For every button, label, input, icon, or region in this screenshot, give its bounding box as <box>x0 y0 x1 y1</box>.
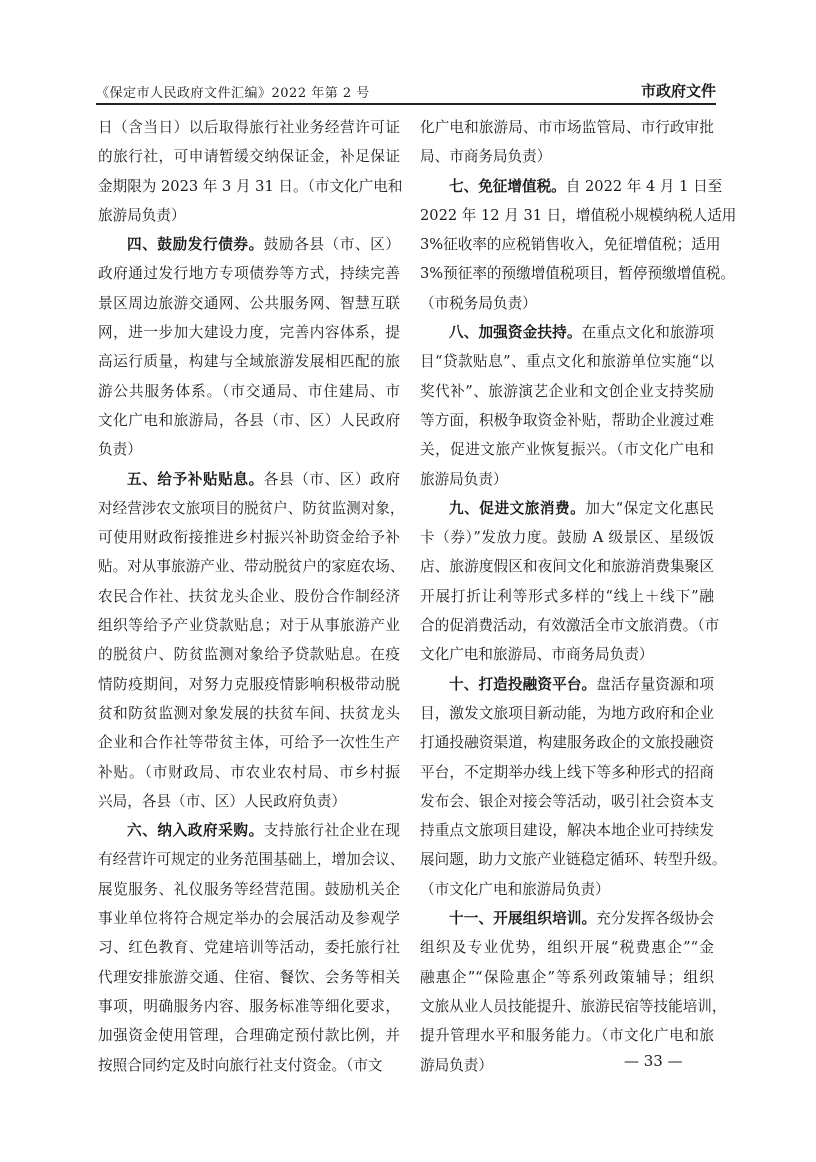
text-line: 农民合作社、扶贫龙头企业、股份合作制经济 <box>98 582 400 611</box>
publication-title: 《保定市人民政府文件汇编》2022 年第 2 号 <box>96 82 370 101</box>
paragraph-text: 代理安排旅游交通、住宿、餐饮、会务等相关 <box>98 969 400 986</box>
left-column: 日（含当日）以后取得旅行社业务经营许可证的旅行社，可申请暂缓交纳保证金，补足保证… <box>98 113 400 1080</box>
paragraph-text: 文化广电和旅游局、市商务局负责） <box>420 646 654 663</box>
text-line: 开展打折让利等形式多样的“线上＋线下”融 <box>420 582 714 611</box>
text-line: 融惠企”“保险惠企”等系列政策辅导；组织 <box>420 963 714 992</box>
text-line: 兴局，各县（市、区）人民政府负责） <box>98 787 400 816</box>
paragraph-text: 补贴。（市财政局、市农业农村局、市乡村振 <box>98 764 400 781</box>
paragraph-text: 网，进一步加大建设力度，完善内容体系，提 <box>98 324 400 341</box>
page-number: — 33 — <box>624 1052 683 1070</box>
paragraph-text: 发布会、银企对接会等活动，吸引社会资本支 <box>420 793 714 810</box>
paragraph-text: 贴。对从事旅游产业、带动脱贫户的家庭农场、 <box>98 558 404 575</box>
paragraph-text: 关，促进文旅产业恢复振兴。（市文化广电和 <box>420 441 714 458</box>
paragraph-text: 开展打折让利等形式多样的“线上＋线下”融 <box>420 588 714 605</box>
text-line: 高运行质量，构建与全域旅游发展相匹配的旅 <box>98 347 400 376</box>
paragraph-text: 化广电和旅游局、市市场监管局、市行政审批 <box>420 119 714 136</box>
paragraph-text: 局、市商务局负责） <box>420 148 551 165</box>
text-line: 2022 年 12 月 31 日，增值税小规模纳税人适用 <box>420 201 714 230</box>
paragraph-text: 金期限为 2023 年 3 月 31 日。（市文化广电和 <box>98 178 402 195</box>
paragraph-text: 旅游局负责） <box>98 207 186 224</box>
text-line: 政府通过发行地方专项债券等方式，持续完善 <box>98 259 400 288</box>
paragraph-text: 文旅从业人员技能提升、旅游民宿等技能培训， <box>420 998 726 1015</box>
paragraph-text: 目，激发文旅项目新动能，为地方政府和企业 <box>420 705 714 722</box>
paragraph-text: 支持旅行社企业在现 <box>264 822 400 839</box>
paragraph-text: 对经营涉农文旅项目的脱贫户、防贫监测对象， <box>98 500 404 517</box>
page-header: 《保定市人民政府文件汇编》2022 年第 2 号 市政府文件 <box>96 80 716 102</box>
paragraph-text: 自 2022 年 4 月 1 日至 <box>566 178 723 195</box>
paragraph-text: （市文化广电和旅游局负责） <box>420 881 610 898</box>
right-column: 化广电和旅游局、市市场监管局、市行政审批局、市商务局负责）七、免征增值税。自 2… <box>420 113 714 1080</box>
paragraph-text: 3%预征率的预缴增值税项目，暂停预缴增值税。 <box>420 265 735 282</box>
text-line: 局、市商务局负责） <box>420 142 714 171</box>
paragraph-text: 融惠企”“保险惠企”等系列政策辅导；组织 <box>420 969 714 986</box>
text-line: 文化广电和旅游局、市商务局负责） <box>420 640 714 669</box>
paragraph-text: 各县（市、区）政府 <box>264 471 400 488</box>
paragraph-text: 日（含当日）以后取得旅行社业务经营许可证 <box>98 119 400 136</box>
paragraph-text: 合的促消费活动，有效激活全市文旅消费。（市 <box>420 617 719 634</box>
text-line: 贴。对从事旅游产业、带动脱贫户的家庭农场、 <box>98 552 400 581</box>
paragraph-text: 游公共服务体系。（市交通局、市住建局、市 <box>98 383 400 400</box>
paragraph-text: 兴局，各县（市、区）人民政府负责） <box>98 793 346 810</box>
text-line: 等方面，积极争取资金补贴，帮助企业渡过难 <box>420 406 714 435</box>
section-heading: 十、打造投融资平台。 <box>449 676 596 693</box>
paragraph-text: 景区周边旅游交通网、公共服务网、智慧互联 <box>98 295 400 312</box>
text-line: 奖代补”、旅游演艺企业和文创企业支持奖励 <box>420 377 714 406</box>
text-line: 贫和防贫监测对象发展的扶贫车间、扶贫龙头 <box>98 699 400 728</box>
section-heading-line: 八、加强资金扶持。在重点文化和旅游项 <box>420 318 714 347</box>
paragraph-text: 提升管理水平和服务能力。（市文化广电和旅 <box>420 1027 714 1044</box>
text-line: 金期限为 2023 年 3 月 31 日。（市文化广电和 <box>98 172 400 201</box>
text-line: 组织及专业优势，组织开展“税费惠企”“金 <box>420 933 714 962</box>
paragraph-text: 习、红色教育、党建培训等活动，委托旅行社 <box>98 939 400 956</box>
paragraph-text: 的旅行社，可申请暂缓交纳保证金，补足保证 <box>98 148 400 165</box>
paragraph-text: 贫和防贫监测对象发展的扶贫车间、扶贫龙头 <box>98 705 400 722</box>
paragraph-text: 负责） <box>98 441 142 458</box>
paragraph-text: 按照合同约定及时向旅行社支付资金。（市文 <box>98 1057 383 1074</box>
text-line: 卡（券）”发放力度。鼓励 A 级景区、星级饭 <box>420 523 714 552</box>
text-line: 展问题，助力文旅产业链稳定循环、转型升级。 <box>420 845 714 874</box>
paragraph-text: 加大“保定文化惠民 <box>585 500 714 517</box>
text-line: 代理安排旅游交通、住宿、餐饮、会务等相关 <box>98 963 400 992</box>
text-line: 负责） <box>98 435 400 464</box>
section-heading-line: 九、促进文旅消费。加大“保定文化惠民 <box>420 494 714 523</box>
text-line: 3%征收率的应税销售收入，免征增值税；适用 <box>420 230 714 259</box>
section-heading-line: 十一、开展组织培训。充分发挥各级协会 <box>420 904 714 933</box>
text-line: 文化广电和旅游局，各县（市、区）人民政府 <box>98 406 400 435</box>
section-heading: 八、加强资金扶持。 <box>449 324 582 341</box>
paragraph-text: 游局负责） <box>420 1057 493 1074</box>
text-line: 对经营涉农文旅项目的脱贫户、防贫监测对象， <box>98 494 400 523</box>
paragraph-text: 有经营许可规定的业务范围基础上，增加会议、 <box>98 851 404 868</box>
text-line: 事业单位将符合规定举办的会展活动及参观学 <box>98 904 400 933</box>
text-line: 可使用财政衔接推进乡村振兴补助资金给予补 <box>98 523 400 552</box>
paragraph-text: 等方面，积极争取资金补贴，帮助企业渡过难 <box>420 412 714 429</box>
section-heading: 六、纳入政府采购。 <box>127 822 264 839</box>
paragraph-text: 高运行质量，构建与全域旅游发展相匹配的旅 <box>98 353 400 370</box>
section-heading-line: 六、纳入政府采购。支持旅行社企业在现 <box>98 816 400 845</box>
section-heading: 七、免征增值税。 <box>449 178 566 195</box>
text-line: 事项，明确服务内容、服务标准等细化要求， <box>98 992 400 1021</box>
paragraph-text: 2022 年 12 月 31 日，增值税小规模纳税人适用 <box>420 207 736 224</box>
text-line: 店、旅游度假区和夜间文化和旅游消费集聚区 <box>420 552 714 581</box>
paragraph-text: 盘活存量资源和项 <box>596 676 714 693</box>
paragraph-text: 企业和合作社等带贫主体，可给予一次性生产 <box>98 734 400 751</box>
paragraph-text: 可使用财政衔接推进乡村振兴补助资金给予补 <box>98 529 400 546</box>
section-heading: 四、鼓励发行债券。 <box>127 236 264 253</box>
section-heading: 九、促进文旅消费。 <box>449 500 585 517</box>
text-line: 游公共服务体系。（市交通局、市住建局、市 <box>98 377 400 406</box>
paragraph-text: 农民合作社、扶贫龙头企业、股份合作制经济 <box>98 588 400 605</box>
text-line: 的旅行社，可申请暂缓交纳保证金，补足保证 <box>98 142 400 171</box>
text-line: 日（含当日）以后取得旅行社业务经营许可证 <box>98 113 400 142</box>
text-line: 3%预征率的预缴增值税项目，暂停预缴增值税。 <box>420 259 714 288</box>
paragraph-text: 奖代补”、旅游演艺企业和文创企业支持奖励 <box>420 383 714 400</box>
paragraph-text: 持重点文旅项目建设，解决本地企业可持续发 <box>420 822 714 839</box>
text-line: 企业和合作社等带贫主体，可给予一次性生产 <box>98 728 400 757</box>
text-line: 打通投融资渠道，构建服务政企的文旅投融资 <box>420 728 714 757</box>
paragraph-text: 展问题，助力文旅产业链稳定循环、转型升级。 <box>420 851 726 868</box>
text-line: 按照合同约定及时向旅行社支付资金。（市文 <box>98 1051 400 1080</box>
paragraph-text: 鼓励各县（市、区） <box>264 236 400 253</box>
text-line: 的脱贫户、防贫监测对象给予贷款贴息。在疫 <box>98 640 400 669</box>
paragraph-text: 组织及专业优势，组织开展“税费惠企”“金 <box>420 939 714 956</box>
text-line: 补贴。（市财政局、市农业农村局、市乡村振 <box>98 758 400 787</box>
paragraph-text: 组织等给予产业贷款贴息；对于从事旅游产业 <box>98 617 400 634</box>
paragraph-text: 的脱贫户、防贫监测对象给予贷款贴息。在疫 <box>98 646 400 663</box>
text-line: （市税务局负责） <box>420 289 714 318</box>
paragraph-text: 情防疫期间，对努力克服疫情影响积极带动脱 <box>98 676 400 693</box>
text-line: 旅游局负责） <box>420 465 714 494</box>
text-line: 合的促消费活动，有效激活全市文旅消费。（市 <box>420 611 714 640</box>
section-heading: 十一、开展组织培训。 <box>449 910 596 927</box>
text-line: 关，促进文旅产业恢复振兴。（市文化广电和 <box>420 435 714 464</box>
paragraph-text: 店、旅游度假区和夜间文化和旅游消费集聚区 <box>420 558 714 575</box>
paragraph-text: 3%征收率的应税销售收入，免征增值税；适用 <box>420 236 720 253</box>
paragraph-text: 打通投融资渠道，构建服务政企的文旅投融资 <box>420 734 714 751</box>
text-line: 平台，不定期举办线上线下等多种形式的招商 <box>420 758 714 787</box>
paragraph-text: 卡（券）”发放力度。鼓励 A 级景区、星级饭 <box>420 529 714 546</box>
text-line: 景区周边旅游交通网、公共服务网、智慧互联 <box>98 289 400 318</box>
section-heading-line: 十、打造投融资平台。盘活存量资源和项 <box>420 670 714 699</box>
text-line: 习、红色教育、党建培训等活动，委托旅行社 <box>98 933 400 962</box>
text-line: 文旅从业人员技能提升、旅游民宿等技能培训， <box>420 992 714 1021</box>
text-line: 展览服务、礼仪服务等经营范围。鼓励机关企 <box>98 875 400 904</box>
text-line: 加强资金使用管理，合理确定预付款比例，并 <box>98 1021 400 1050</box>
text-line: 有经营许可规定的业务范围基础上，增加会议、 <box>98 845 400 874</box>
text-line: 发布会、银企对接会等活动，吸引社会资本支 <box>420 787 714 816</box>
text-line: 目“贷款贴息”、重点文化和旅游单位实施“以 <box>420 347 714 376</box>
text-line: （市文化广电和旅游局负责） <box>420 875 714 904</box>
text-line: 组织等给予产业贷款贴息；对于从事旅游产业 <box>98 611 400 640</box>
section-heading: 五、给予补贴贴息。 <box>127 471 264 488</box>
section-heading-line: 七、免征增值税。自 2022 年 4 月 1 日至 <box>420 172 714 201</box>
text-line: 目，激发文旅项目新动能，为地方政府和企业 <box>420 699 714 728</box>
paragraph-text: 事业单位将符合规定举办的会展活动及参观学 <box>98 910 400 927</box>
text-line: 网，进一步加大建设力度，完善内容体系，提 <box>98 318 400 347</box>
paragraph-text: 在重点文化和旅游项 <box>582 324 714 341</box>
paragraph-text: （市税务局负责） <box>420 295 537 312</box>
section-heading-line: 五、给予补贴贴息。各县（市、区）政府 <box>98 465 400 494</box>
section-heading-line: 四、鼓励发行债券。鼓励各县（市、区） <box>98 230 400 259</box>
paragraph-text: 文化广电和旅游局，各县（市、区）人民政府 <box>98 412 400 429</box>
text-line: 情防疫期间，对努力克服疫情影响积极带动脱 <box>98 670 400 699</box>
paragraph-text: 政府通过发行地方专项债券等方式，持续完善 <box>98 265 400 282</box>
header-divider <box>96 103 716 105</box>
section-title: 市政府文件 <box>641 80 716 101</box>
text-line: 提升管理水平和服务能力。（市文化广电和旅 <box>420 1021 714 1050</box>
paragraph-text: 展览服务、礼仪服务等经营范围。鼓励机关企 <box>98 881 400 898</box>
paragraph-text: 加强资金使用管理，合理确定预付款比例，并 <box>98 1027 400 1044</box>
paragraph-text: 充分发挥各级协会 <box>596 910 714 927</box>
paragraph-text: 目“贷款贴息”、重点文化和旅游单位实施“以 <box>420 353 714 370</box>
paragraph-text: 旅游局负责） <box>420 471 508 488</box>
text-line: 持重点文旅项目建设，解决本地企业可持续发 <box>420 816 714 845</box>
paragraph-text: 平台，不定期举办线上线下等多种形式的招商 <box>420 764 714 781</box>
paragraph-text: 事项，明确服务内容、服务标准等细化要求， <box>98 998 400 1015</box>
text-line: 旅游局负责） <box>98 201 400 230</box>
text-line: 化广电和旅游局、市市场监管局、市行政审批 <box>420 113 714 142</box>
